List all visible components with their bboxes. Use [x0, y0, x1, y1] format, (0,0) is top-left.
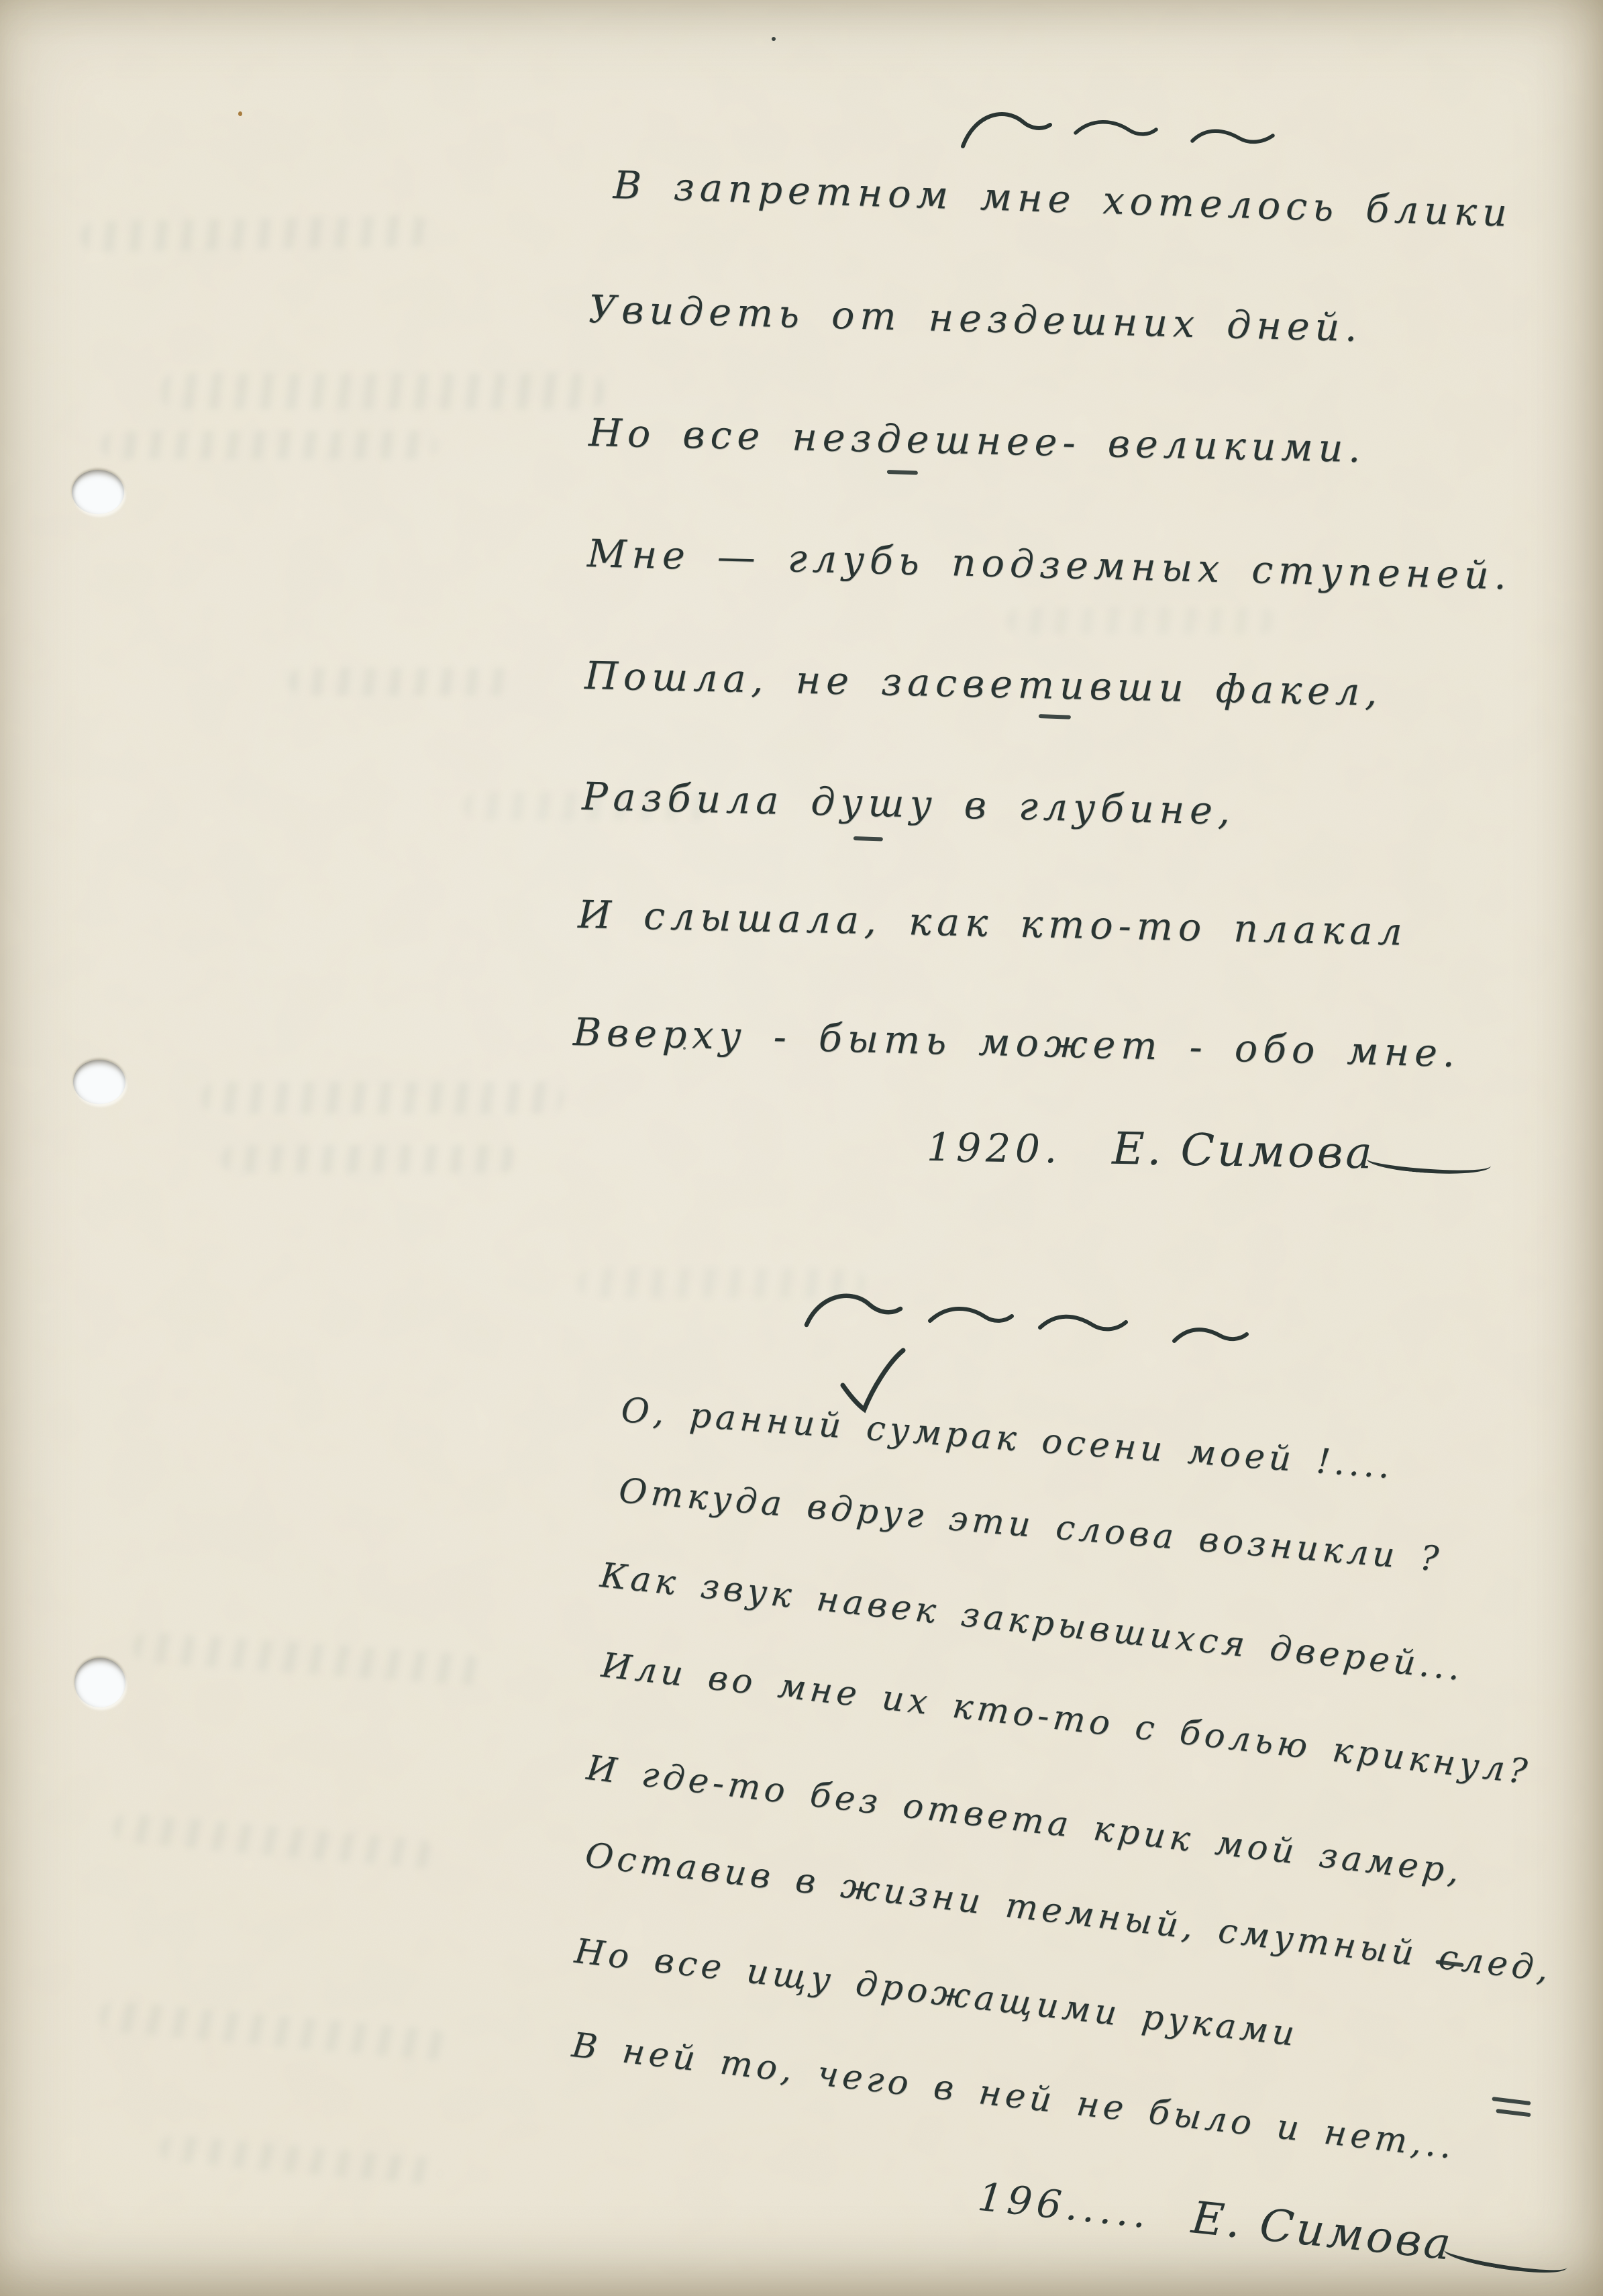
poem2-line-6: Оставив в жизни темный, смутный след,: [583, 1836, 1554, 1990]
show-through-ghost: [81, 215, 430, 252]
show-through-ghost: [159, 2134, 442, 2185]
punch-hole: [73, 1060, 125, 1104]
show-through-ghost: [111, 1812, 435, 1870]
squiggle-separator-middle: [798, 1283, 1335, 1370]
show-through-ghost: [161, 373, 604, 409]
poem2-line-4: Или во мне их кто-то с болью крикнул?: [599, 1646, 1533, 1793]
paper-texture: [0, 0, 1603, 2296]
show-through-ghost: [463, 792, 718, 820]
paper-speck: [683, 1047, 686, 1050]
show-through-ghost: [289, 668, 517, 696]
te-overline-mark: [1435, 1960, 1463, 1967]
poem1-line-6: Разбила душу в глубине,: [582, 775, 1236, 834]
poem1-line-2: Увидеть от нездешних дней.: [588, 287, 1363, 350]
poem2-line-2: Откуда вдруг эти слова возникли ?: [617, 1471, 1444, 1580]
poem2-date: 196.....: [976, 2174, 1153, 2238]
poem2-line-3: Как звук навек закрывшихся дверей...: [599, 1556, 1466, 1689]
sha-underline-mark: [854, 836, 883, 842]
show-through-ghost: [132, 1631, 482, 1686]
poem1-line-3: Но все нездешнее- великими.: [588, 411, 1367, 471]
poem2-signature: Е. Симова: [1189, 2191, 1455, 2270]
signature-flourish: [1365, 1146, 1491, 1179]
squiggle-separator-top: [956, 99, 1305, 166]
signature-flourish: [1443, 2238, 1569, 2281]
show-through-ghost: [101, 431, 436, 459]
poem1-line-1: В запретном мне хотелось блики: [613, 163, 1513, 236]
paper-speck: [238, 111, 242, 116]
sha-underline-mark: [887, 470, 918, 475]
show-through-ghost: [577, 1268, 866, 1298]
show-through-ghost: [221, 1145, 517, 1173]
show-through-ghost: [201, 1082, 564, 1114]
sha-underline-mark: [1039, 714, 1071, 719]
poem2-line-1: О, ранний сумрак осени моей !....: [620, 1391, 1395, 1487]
te-overline-mark: [1496, 2109, 1531, 2117]
poem1-signature: Е. Симова: [1112, 1123, 1376, 1179]
scanned-manuscript-page: В запретном мне хотелось блики Увидеть о…: [0, 0, 1603, 2296]
poem1-date: 1920.: [927, 1124, 1062, 1172]
breve-check-mark: [832, 1344, 913, 1421]
punch-hole: [72, 470, 124, 514]
poem2-line-7: Но все ищу дрожащими руками: [572, 1932, 1300, 2054]
poem1-line-4: Мне — глубь подземных ступеней.: [586, 532, 1512, 599]
show-through-ghost: [98, 2000, 448, 2061]
te-overline-mark: [1492, 2097, 1531, 2105]
paper-speck: [772, 37, 776, 41]
poem2-signature-block: 196..... Е. Симова: [976, 2169, 1579, 2283]
punch-hole: [74, 1658, 125, 1707]
poem2-line-5: И где-то без ответа крик мой замер,: [584, 1748, 1465, 1892]
show-through-ghost: [1006, 607, 1275, 634]
poem1-line-8: Вверху - быть может - обо мне.: [572, 1010, 1460, 1076]
poem1-signature-block: 1920. Е. Симова: [927, 1119, 1500, 1181]
poem2-line-8: В ней то, чего в ней не было и нет,..: [570, 2026, 1457, 2167]
poem1-line-7: И слышала, как кто-то плакал: [578, 893, 1408, 954]
poem1-line-5: Пошла, не засветивши факел,: [584, 654, 1383, 715]
